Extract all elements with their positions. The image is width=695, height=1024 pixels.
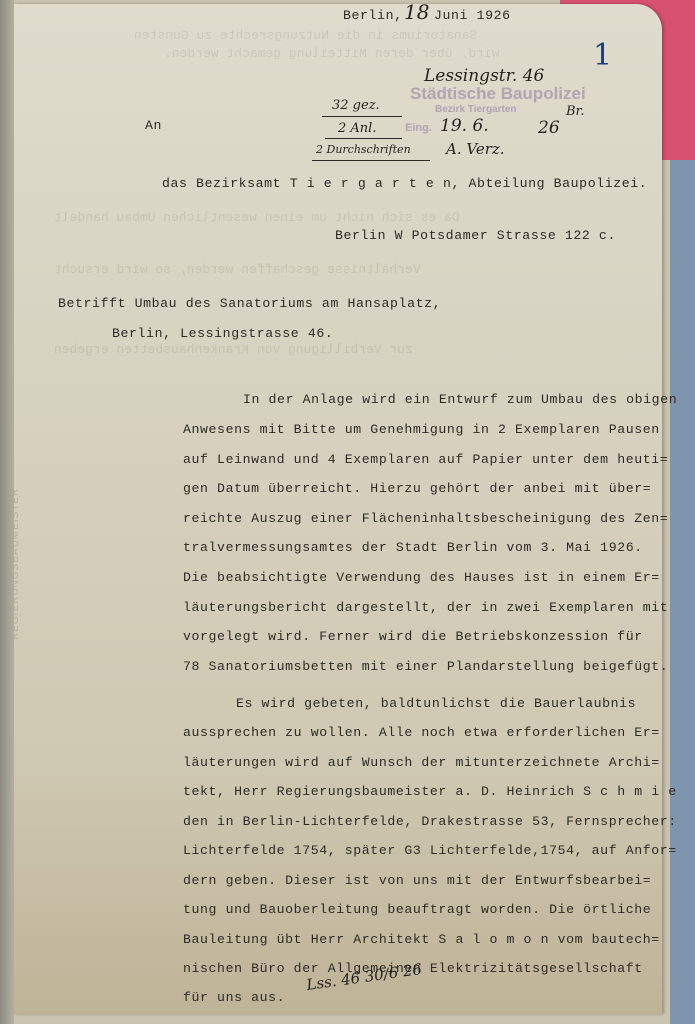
underline	[325, 138, 402, 139]
bleed-through-text: wird, über deren Mitteilung gemacht werd…	[164, 46, 499, 61]
body-line: reichte Auszug einer Flächeninhaltsbesch…	[183, 511, 668, 526]
body-line: Es wird gebeten, baldtunlichst die Bauer…	[236, 696, 636, 711]
body-line: Bauleitung übt Herr Architekt S a l o m …	[183, 932, 660, 947]
page-number: 1	[593, 38, 612, 73]
body-line: vorgelegt wird. Ferner wird die Betriebs…	[183, 629, 643, 644]
body-line: Lichterfelde 1754, später G3 Lichterfeld…	[183, 843, 677, 858]
stamp-initials: A. Verz.	[446, 140, 505, 158]
addressee-line-2: Berlin W Potsdamer Strasse 122 c.	[335, 228, 616, 243]
body-line: läuterungen wird auf Wunsch der mitunter…	[183, 755, 660, 770]
body-line: tralvermessungsamtes der Stadt Berlin vo…	[183, 540, 643, 555]
addressee-line-1: das Bezirksamt T i e r g a r t e n, Abte…	[162, 176, 647, 191]
body-line: tekt, Herr Regierungsbaumeister a. D. He…	[183, 784, 677, 799]
date-month-year: Juni 1926	[434, 8, 511, 23]
date-prefix: Berlin,	[343, 8, 403, 23]
body-line: für uns aus.	[183, 990, 285, 1005]
stamp-district: Bezirk Tiergarten	[435, 104, 517, 115]
subject-line-2: Berlin, Lessingstrasse 46.	[112, 326, 333, 341]
vertical-margin-stamp: REGIERUNGSBAUMEISTER	[10, 470, 30, 640]
body-line: In der Anlage wird ein Entwurf zum Umbau…	[243, 392, 677, 407]
body-line: 78 Sanatoriumsbetten mit einer Plandarst…	[183, 659, 668, 674]
stamp-received-label: Eing.	[405, 122, 432, 134]
body-line: auf Leinwand und 4 Exemplaren auf Papier…	[183, 452, 668, 467]
stamp-suffix: Br.	[566, 104, 584, 119]
handwritten-note-2: 2 Anl.	[338, 121, 376, 136]
subject-line-1: Betrifft Umbau des Sanatoriums am Hansap…	[58, 296, 441, 311]
stamp-received-date: 19. 6.	[440, 116, 489, 136]
body-line: läuterungsbericht dargestellt, der in zw…	[183, 600, 668, 615]
bleed-through-text: Sanatoriums in die Nutzungsrechte zu Gun…	[134, 28, 477, 43]
body-line: aussprechen zu wollen. Alle noch etwa er…	[183, 725, 660, 740]
handwritten-reference: Lessingstr. 46	[424, 66, 544, 86]
handwritten-note-1: 32 gez.	[332, 98, 380, 113]
body-line: dern geben. Dieser ist von uns mit der E…	[183, 873, 651, 888]
bleed-through-text: zur Verbilligung von Krankenhausbetten e…	[54, 342, 413, 357]
stamp-authority: Städtische Baupolizei	[410, 84, 586, 104]
addressee-label: An	[145, 118, 162, 133]
handwritten-note-3: 2 Durchschriften	[316, 143, 411, 156]
underline	[322, 116, 402, 117]
body-line: Anwesens mit Bitte um Genehmigung in 2 E…	[183, 422, 660, 437]
body-line: gen Datum überreicht. Hierzu gehört der …	[183, 481, 651, 496]
body-line: tung und Bauoberleitung beauftragt worde…	[183, 902, 651, 917]
handwritten-day: 18	[404, 0, 429, 24]
underline	[312, 160, 430, 161]
stamp-received-year: 26	[538, 118, 560, 138]
bleed-through-text: Verhältnisse geschaffen werden, so wird …	[54, 262, 421, 277]
body-line: Die beabsichtigte Verwendung des Hauses …	[183, 570, 660, 585]
body-line: den in Berlin-Lichterfelde, Drakestrasse…	[183, 814, 677, 829]
bleed-through-text: Da es sich nicht um einen wesentlichen U…	[54, 210, 460, 225]
